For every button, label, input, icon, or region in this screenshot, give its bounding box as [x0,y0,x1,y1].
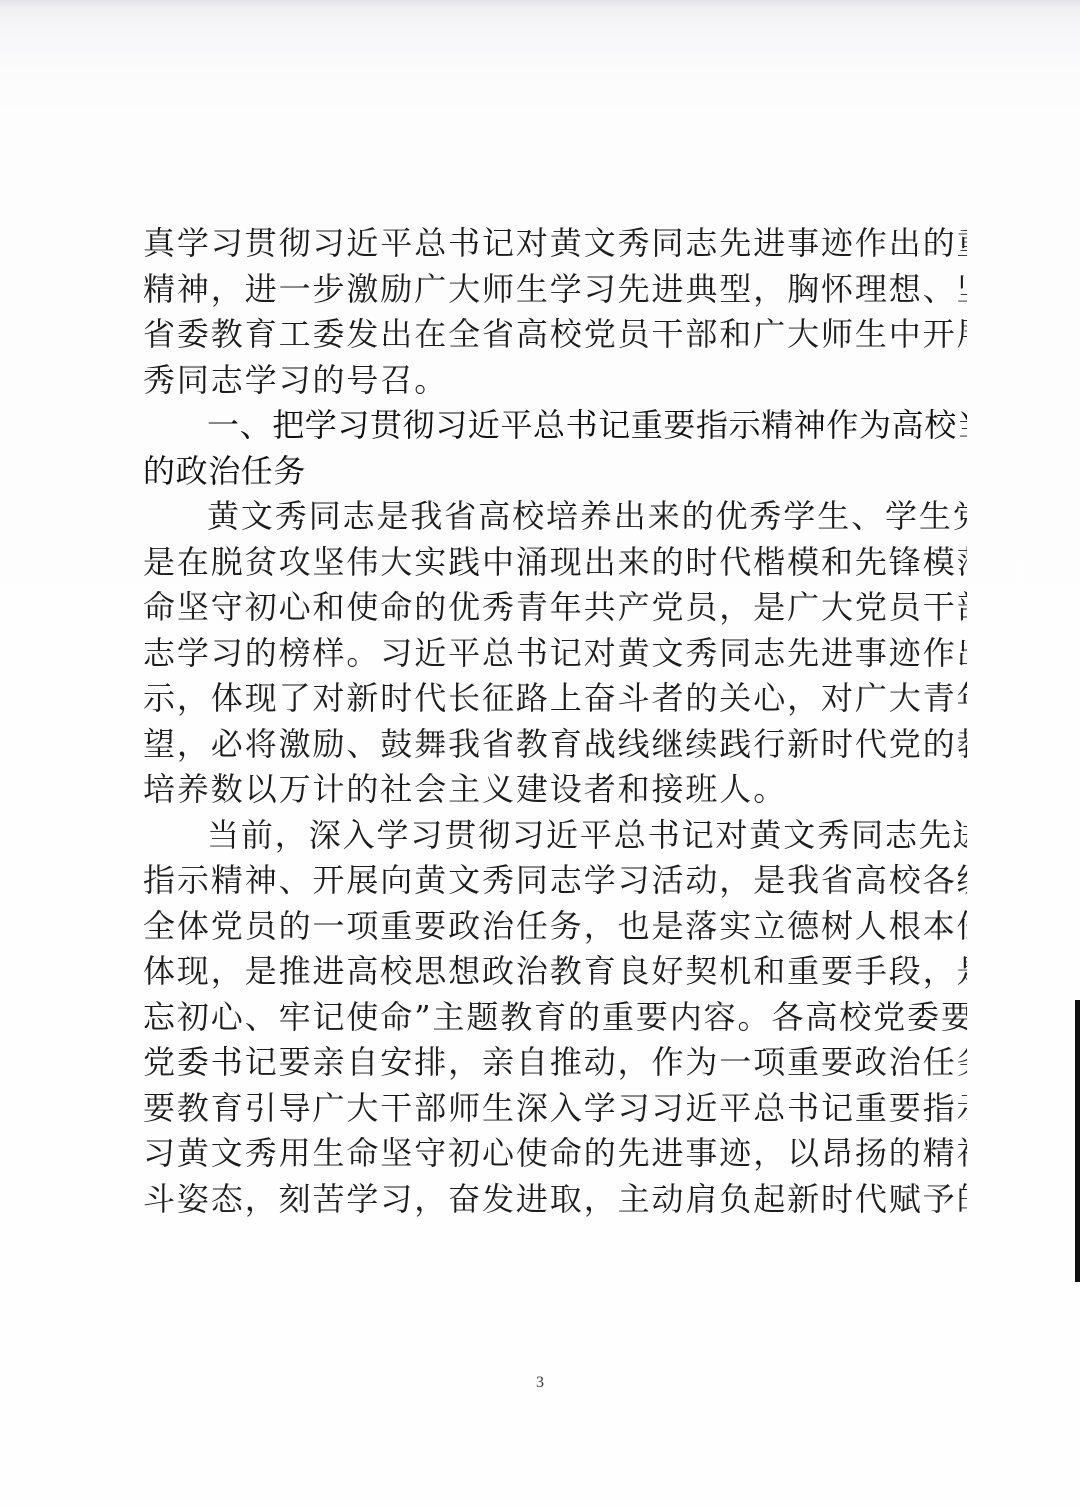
page-number: 3 [0,1374,1080,1392]
paragraph-line: 斗姿态，刻苦学习，奋发进取，主动肩负起新时代赋予的责任和担 [143,1177,967,1223]
paragraph-line: 培养数以万计的社会主义建设者和接班人。 [143,767,967,813]
paragraph-line: 要教育引导广大干部师生深入学习习近平总书记重要指示精神，学 [143,1086,967,1132]
scan-shadow-top [0,0,1080,8]
paragraph-line: 忘初心、牢记使命”主题教育的重要内容。各高校党委要高度重视， [143,995,967,1041]
paragraph-line: 真学习贯彻习近平总书记对黄文秀同志先进事迹作出的重要指示 [143,221,967,267]
paragraph-line: 习黄文秀用生命坚守初心使命的先进事迹，以昂扬的精神状态和奋 [143,1131,967,1177]
paragraph-line: 示，体现了对新时代长征路上奋斗者的关心，对广大青年的殷切期 [143,676,967,722]
paragraph-line: 全体党员的一项重要政治任务，也是落实立德树人根本任务的重要 [143,904,967,950]
paragraph-line: 党委书记要亲自安排，亲自推动，作为一项重要政治任务抓紧抓实。 [143,1040,967,1086]
paragraph-line: 黄文秀同志是我省高校培养出来的优秀学生、学生党员代表， [143,494,967,540]
section-heading: 一、把学习贯彻习近平总书记重要指示精神作为高校当前重要 [143,403,967,449]
paragraph-line: 当前，深入学习贯彻习近平总书记对黄文秀同志先进事迹重要 [143,813,967,859]
scan-edge-bar [1075,1000,1080,1282]
section-heading-continuation: 的政治任务 [143,449,967,495]
paragraph-line: 省委教育工委发出在全省高校党员干部和广大师生中开展向黄文 [143,312,967,358]
paragraph-line: 望，必将激励、鼓舞我省教育战线继续践行新时代党的教育方针， [143,722,967,768]
paragraph-line: 志学习的榜样。习近平总书记对黄文秀同志先进事迹作出重要指 [143,631,967,677]
paragraph-line: 指示精神、开展向黄文秀同志学习活动，是我省高校各级党组织和 [143,858,967,904]
paragraph-line: 体现，是推进高校思想政治教育良好契机和重要手段，是开展“不 [143,949,967,995]
paragraph-line: 精神，进一步激励广大师生学习先进典型，胸怀理想、坚定信念， [143,267,967,313]
document-body: 真学习贯彻习近平总书记对黄文秀同志先进事迹作出的重要指示 精神，进一步激励广大师… [143,221,967,1222]
paragraph-line: 命坚守初心和使命的优秀青年共产党员，是广大党员干部、青年同 [143,585,967,631]
paragraph-line: 秀同志学习的号召。 [143,358,967,404]
paragraph-line: 是在脱贫攻坚伟大实践中涌现出来的时代楷模和先锋模范，是用生 [143,540,967,586]
document-page: 真学习贯彻习近平总书记对黄文秀同志先进事迹作出的重要指示 精神，进一步激励广大师… [0,0,1080,1508]
